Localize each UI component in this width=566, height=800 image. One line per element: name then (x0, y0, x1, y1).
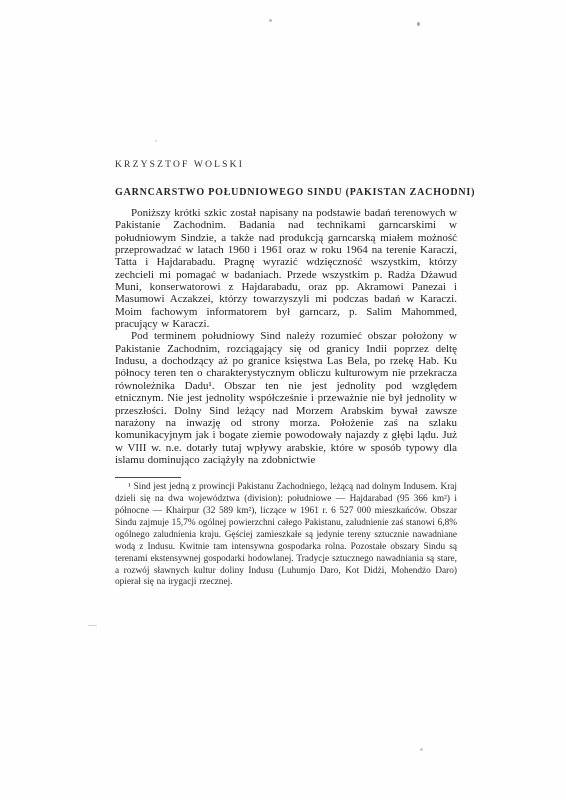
scan-speck (417, 22, 420, 26)
scan-speck (88, 625, 97, 626)
article-title: GARNCARSTWO POŁUDNIOWEGO SINDU (PAKISTAN… (115, 187, 457, 198)
scanned-page: KRZYSZTOF WOLSKI GARNCARSTWO POŁUDNIOWEG… (0, 0, 566, 800)
body-paragraph-2: Pod terminem południowy Sind należy rozu… (115, 330, 457, 466)
text-column: KRZYSZTOF WOLSKI GARNCARSTWO POŁUDNIOWEG… (115, 160, 457, 589)
author-name: KRZYSZTOF WOLSKI (115, 160, 457, 170)
scan-speck (269, 19, 272, 22)
article-body: Poniższy krótki szkic został napisany na… (115, 207, 457, 466)
footnote-separator-rule (115, 477, 181, 478)
scan-speck (420, 748, 423, 751)
scan-speck (155, 140, 157, 142)
footnote-text: ¹ Sind jest jedną z prowincji Pakistanu … (115, 482, 457, 589)
body-paragraph-1: Poniższy krótki szkic został napisany na… (115, 207, 457, 330)
